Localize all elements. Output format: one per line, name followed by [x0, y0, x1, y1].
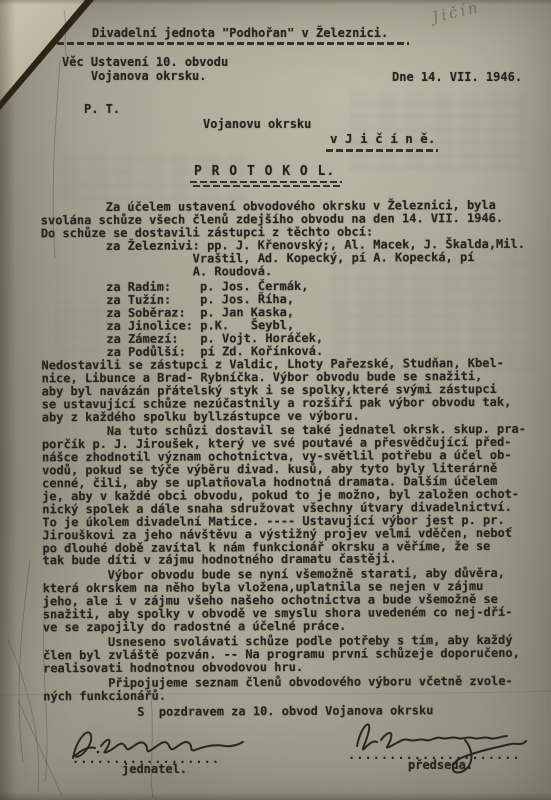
society-title: Divadelní jednota "Podhořan" v Železnici… — [92, 26, 388, 40]
paragraph-jirousek: Na tuto schůzi dostavil se také jednatel… — [42, 423, 546, 568]
society-underline — [57, 42, 409, 45]
attendee-list-villages: za Radim: p. Jos. Čermák, za Tužín: p. J… — [41, 279, 544, 359]
document-page: Jičín Divadelní jednota "Podhořan" v Žel… — [0, 0, 551, 800]
attendee-list-zeleznice: za Železnivi: pp. J. Křenovský;, Al. Mac… — [41, 237, 544, 278]
document-body: Za účelem ustavení obvodového okrsku v Ž… — [41, 199, 547, 720]
subject-line: Věc Ustavení 10. obvodu Vojanova okrsku. — [62, 55, 228, 83]
city-underline — [326, 149, 438, 152]
salutation: P. T. — [84, 102, 120, 116]
paragraph-absent: Nedostavili se zástupci z Valdic, Lhoty … — [41, 357, 544, 424]
signature-role-predseda: předseda. — [408, 758, 473, 772]
paragraph-resolution: Usneseno svolávati schůze podle potřeby … — [43, 634, 546, 675]
paragraph-attachment: Připojujeme seznam členů obvodového výbo… — [43, 674, 546, 702]
left-edge-shadow — [0, 0, 16, 800]
bottom-edge-shadow — [0, 792, 551, 800]
title-underline — [190, 181, 342, 187]
date-line: Dne 14. VII. 1946. — [392, 70, 522, 84]
addressee-city: v J i č í n ě. — [330, 132, 435, 146]
protocol-title: P R O T O K O L. — [194, 164, 335, 179]
signature-role-jednatel: jednatel. — [122, 762, 187, 776]
paragraph-committee: Výbor obvodu bude se nyní všemožně stara… — [43, 567, 546, 634]
addressee: Vojanovu okrsku — [203, 117, 311, 131]
paragraph-opening: Za účelem ustavení obvodového okrsku v Ž… — [41, 199, 544, 240]
